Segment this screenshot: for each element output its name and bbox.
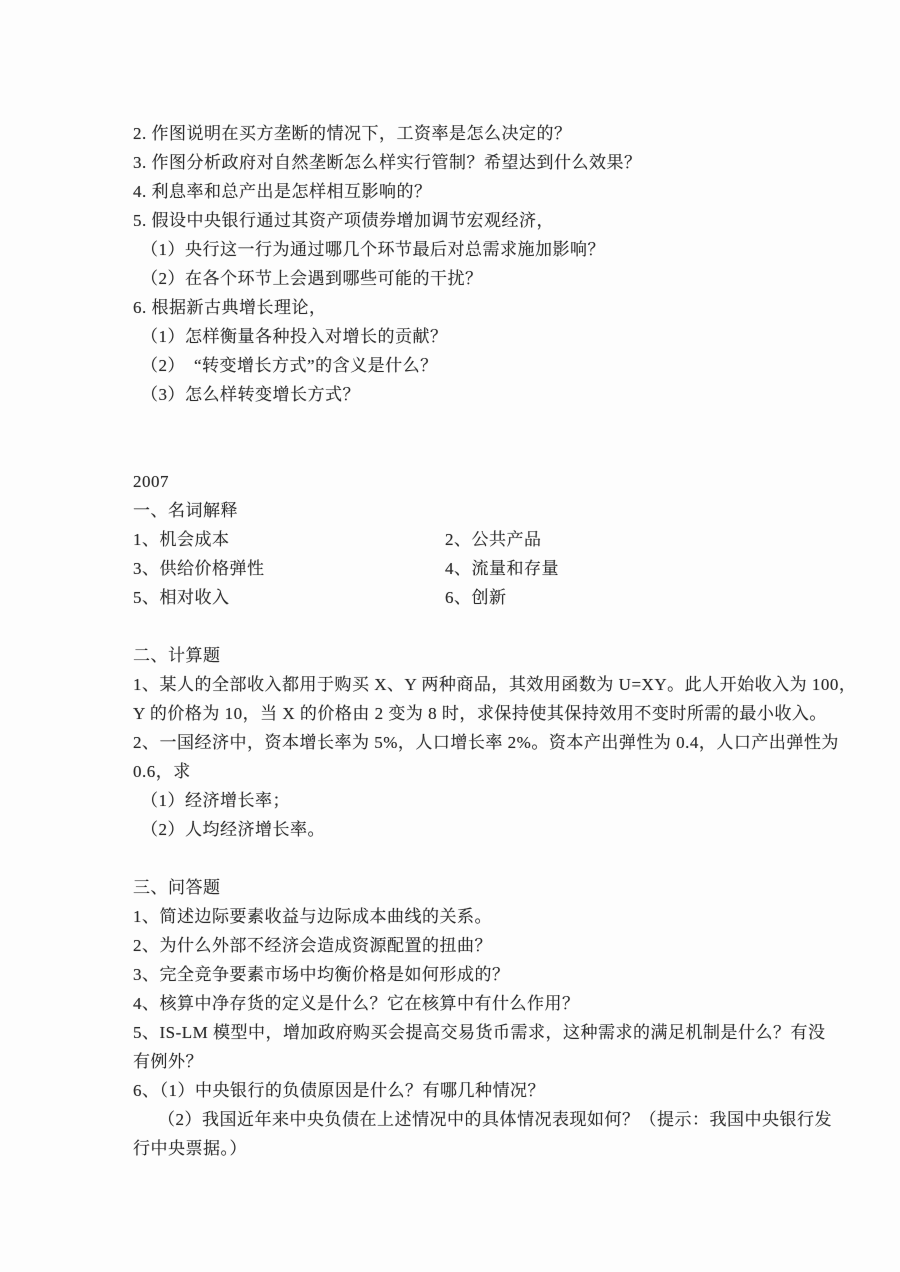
sub-question: （3）怎么样转变增长方式？ [133, 380, 793, 409]
sub-question: （2）在各个环节上会遇到哪些可能的干扰？ [133, 264, 793, 293]
section-heading-text: 一、名词解释 [133, 496, 238, 525]
question-text: 6. 根据新古典增长理论， [133, 293, 327, 322]
definition-pair-text-col2: 2、公共产品 [445, 525, 542, 554]
section-heading: 三、问答题 [133, 873, 793, 902]
question-continuation-text: 有例外？ [133, 1047, 203, 1076]
exam-text-block: 2. 作图说明在买方垄断的情况下，工资率是怎么决定的？3. 作图分析政府对自然垄… [133, 119, 793, 1163]
section-heading: 二、计算题 [133, 641, 793, 670]
question: 5、IS-LM 模型中，增加政府购买会提高交易货币需求，这种需求的满足机制是什么… [133, 1018, 793, 1047]
year-heading-text: 2007 [133, 467, 169, 496]
sub-question: （1）怎样衡量各种投入对增长的贡献？ [133, 322, 793, 351]
blank-line [133, 844, 793, 873]
question-continuation: 行中央票据。） [133, 1134, 793, 1163]
question: 4. 利息率和总产出是怎样相互影响的？ [133, 177, 793, 206]
sub-question-text: （2） “转变增长方式”的含义是什么？ [141, 351, 438, 380]
sub-question-text: （2）人均经济增长率。 [141, 815, 325, 844]
question-continuation: 有例外？ [133, 1047, 793, 1076]
definition-pair: 3、供给价格弹性4、流量和存量 [133, 554, 793, 583]
question-continuation-text: 0.6，求 [133, 757, 191, 786]
year-heading: 2007 [133, 467, 793, 496]
question-continuation-text: Y 的价格为 10，当 X 的价格由 2 变为 8 时，求保持使其保持效用不变时… [133, 699, 827, 728]
sub-question-text: （3）怎么样转变增长方式？ [141, 380, 360, 409]
question-text: 2、为什么外部不经济会造成资源配置的扭曲？ [133, 931, 492, 960]
question: 2、为什么外部不经济会造成资源配置的扭曲？ [133, 931, 793, 960]
section-heading-text: 二、计算题 [133, 641, 221, 670]
question: 6. 根据新古典增长理论， [133, 293, 793, 322]
question: 6、（1）中央银行的负债原因是什么？有哪几种情况？ [133, 1076, 793, 1105]
definition-pair-text: 5、相对收入 [133, 583, 230, 612]
definition-pair: 5、相对收入6、创新 [133, 583, 793, 612]
question-text: 2、一国经济中，资本增长率为 5%，人口增长率 2%。资本产出弹性为 0.4，人… [133, 728, 839, 757]
definition-pair-text: 1、机会成本 [133, 525, 230, 554]
question: 2. 作图说明在买方垄断的情况下，工资率是怎么决定的？ [133, 119, 793, 148]
question: 1、简述边际要素收益与边际成本曲线的关系。 [133, 902, 793, 931]
definition-pair-text-col2: 4、流量和存量 [445, 554, 559, 583]
sub-question: （2）我国近年来中央负债在上述情况中的具体情况表现如何？（提示：我国中央银行发 [133, 1105, 793, 1134]
scanned-exam-page: 2. 作图说明在买方垄断的情况下，工资率是怎么决定的？3. 作图分析政府对自然垄… [0, 0, 900, 1272]
question-continuation-text: 行中央票据。） [133, 1134, 247, 1163]
question-text: 6、（1）中央银行的负债原因是什么？有哪几种情况？ [133, 1076, 545, 1105]
question-text: 3. 作图分析政府对自然垄断怎么样实行管制？希望达到什么效果？ [133, 148, 642, 177]
definition-pair: 1、机会成本2、公共产品 [133, 525, 793, 554]
question-text: 4. 利息率和总产出是怎样相互影响的？ [133, 177, 432, 206]
question: 2、一国经济中，资本增长率为 5%，人口增长率 2%。资本产出弹性为 0.4，人… [133, 728, 793, 757]
sub-question: （2） “转变增长方式”的含义是什么？ [133, 351, 793, 380]
sub-question-text: （1）央行这一行为通过哪几个环节最后对总需求施加影响？ [141, 235, 605, 264]
sub-question-text: （1）经济增长率； [141, 786, 290, 815]
sub-question: （1）央行这一行为通过哪几个环节最后对总需求施加影响？ [133, 235, 793, 264]
question-text: 3、完全竞争要素市场中均衡价格是如何形成的？ [133, 960, 510, 989]
section-heading: 一、名词解释 [133, 496, 793, 525]
question: 4、核算中净存货的定义是什么？它在核算中有什么作用？ [133, 989, 793, 1018]
question: 1、某人的全部收入都用于购买 X、Y 两种商品，其效用函数为 U=XY。此人开始… [133, 670, 793, 699]
definition-pair-text-col2: 6、创新 [445, 583, 507, 612]
sub-question: （2）人均经济增长率。 [133, 815, 793, 844]
question-text: 5、IS-LM 模型中，增加政府购买会提高交易货币需求，这种需求的满足机制是什么… [133, 1018, 826, 1047]
blank-line [133, 438, 793, 467]
question: 3、完全竞争要素市场中均衡价格是如何形成的？ [133, 960, 793, 989]
question-text: 4、核算中净存货的定义是什么？它在核算中有什么作用？ [133, 989, 580, 1018]
question-continuation: Y 的价格为 10，当 X 的价格由 2 变为 8 时，求保持使其保持效用不变时… [133, 699, 793, 728]
question: 5. 假设中央银行通过其资产项债券增加调节宏观经济， [133, 206, 793, 235]
blank-line [133, 612, 793, 641]
definition-pair-text: 3、供给价格弹性 [133, 554, 265, 583]
sub-question-text: （2）在各个环节上会遇到哪些可能的干扰？ [141, 264, 483, 293]
question-continuation: 0.6，求 [133, 757, 793, 786]
question-text: 2. 作图说明在买方垄断的情况下，工资率是怎么决定的？ [133, 119, 572, 148]
blank-line [133, 409, 793, 438]
question-text: 5. 假设中央银行通过其资产项债券增加调节宏观经济， [133, 206, 554, 235]
question-text: 1、简述边际要素收益与边际成本曲线的关系。 [133, 902, 492, 931]
sub-question: （1）经济增长率； [133, 786, 793, 815]
question: 3. 作图分析政府对自然垄断怎么样实行管制？希望达到什么效果？ [133, 148, 793, 177]
section-heading-text: 三、问答题 [133, 873, 221, 902]
question-text: 1、某人的全部收入都用于购买 X、Y 两种商品，其效用函数为 U=XY。此人开始… [133, 670, 856, 699]
sub-question-text: （2）我国近年来中央负债在上述情况中的具体情况表现如何？（提示：我国中央银行发 [158, 1105, 832, 1134]
sub-question-text: （1）怎样衡量各种投入对增长的贡献？ [141, 322, 448, 351]
